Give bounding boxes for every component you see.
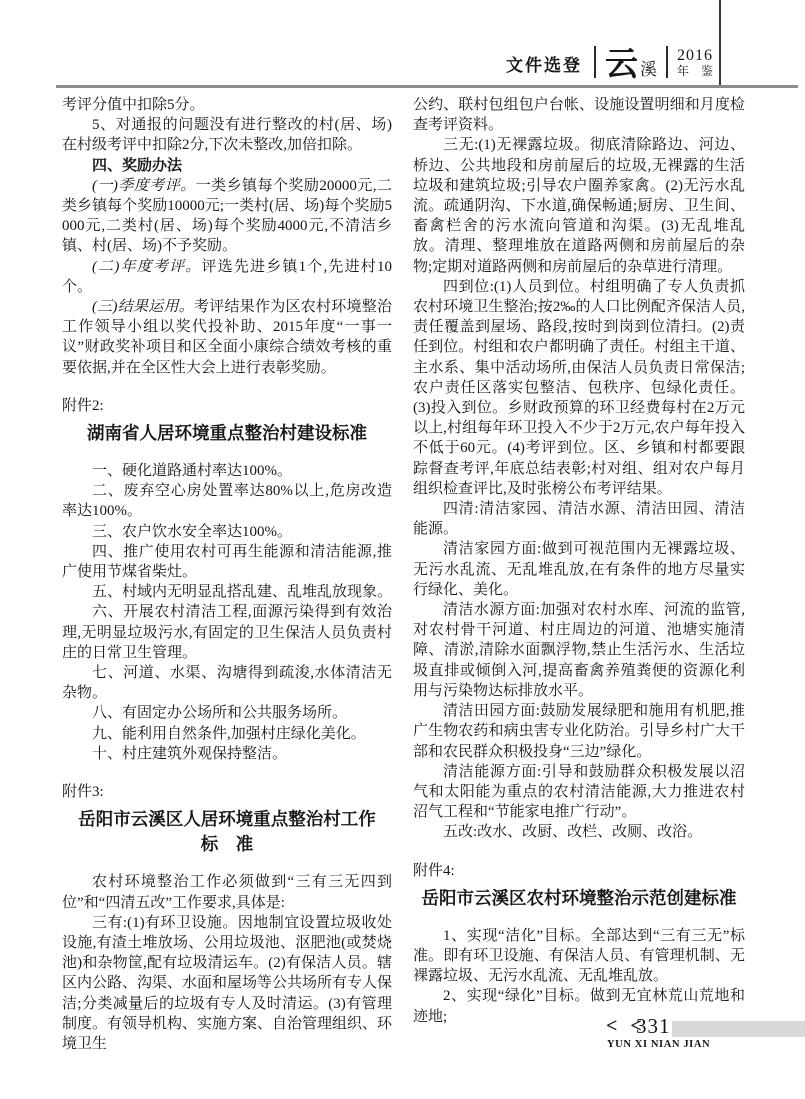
text-run: 1、实现“洁化”目标。全部达到“三有三无”标准。即有环卫设施、有保洁人员、有管理… <box>413 928 745 984</box>
header-divider <box>594 46 596 78</box>
kai-lead-in: (一)季度考评。 <box>92 178 196 194</box>
paragraph: 清洁能源方面:引导和鼓励群众积极发展以沼气和太阳能为重点的农村清洁能源,大力推进… <box>413 762 745 823</box>
text-run: 清洁水源方面:加强对农村水库、河流的监管,对农村骨干河道、村庄周边的河道、池塘实… <box>413 602 745 699</box>
text-run: 四、推广使用农村可再生能源和清洁能源,推广使用节煤省柴灶。 <box>62 544 392 580</box>
text-run: 附件2: <box>62 398 104 414</box>
header-vertical-rule <box>719 0 721 85</box>
section-heading-line: 岳阳市云溪区人居环境重点整治村工作 <box>62 807 392 832</box>
kai-lead-in: (三)结果运用。 <box>92 299 194 315</box>
footer-romanized-title: YUN XI NIAN JIAN <box>607 1039 710 1050</box>
paragraph: 六、开展农村清洁工程,面源污染得到有效治理,无明显垃圾污水,有固定的卫生保洁人员… <box>62 602 392 663</box>
paragraph: 三有:(1)有环卫设施。因地制宜设置垃圾收处设施,有渣土堆放场、公用垃圾池、沤肥… <box>62 913 392 1054</box>
text-run: 四、奖励办法 <box>92 157 182 174</box>
section-heading: 湖南省人居环境重点整治村建设标准 <box>62 421 392 446</box>
text-run: 八、有固定办公场所和公共服务场所。 <box>92 705 347 721</box>
logo-sub-character: 溪 <box>640 60 657 79</box>
text-run: 四清:清洁家园、清洁水源、清洁田园、清洁能源。 <box>413 501 745 537</box>
text-run: 公约、联村包组包户台帐、设施设置明细和月度检查考评资料。 <box>413 97 745 133</box>
text-run: 四到位:(1)人员到位。村组明确了专人负责抓农村环境卫生整治;按2‰的人口比例配… <box>413 279 745 497</box>
text-run: 二、废弃空心房处置率达80%以上,危房改造率达100%。 <box>62 483 392 519</box>
text-run: 七、河道、水渠、沟塘得到疏浚,水体清洁无杂物。 <box>62 665 392 701</box>
logo-main-character: 云 <box>605 49 638 79</box>
paragraph: 1、实现“洁化”目标。全部达到“三有三无”标准。即有环卫设施、有保洁人员、有管理… <box>413 926 745 987</box>
header-horizontal-rule <box>56 85 798 88</box>
text-run: 考评分值中扣除5分。 <box>62 97 205 113</box>
text-run: 清洁家园方面:做到可视范围内无裸露垃圾、无污水乱流、无乱堆乱放,在有条件的地方尽… <box>413 541 745 597</box>
paragraph: (一)季度考评。一类乡镇每个奖励20000元,二类乡镇每个奖励10000元;一类… <box>62 176 392 257</box>
text-run: 九、能利用自然条件,加强村庄绿化美化。 <box>92 726 366 742</box>
text-run: 农村环境整治工作必须做到“三有三无四到位”和“四清五改”工作要求,具体是: <box>62 874 392 910</box>
kai-lead-in: (二)年度考评。 <box>92 259 202 275</box>
section-heading: 岳阳市云溪区人居环境重点整治村工作标 准 <box>62 807 392 857</box>
paragraph: 四清:清洁家园、清洁水源、清洁田园、清洁能源。 <box>413 499 745 539</box>
text-run: 2、实现“绿化”目标。做到无宜林荒山荒地和迹地; <box>413 988 745 1024</box>
year-block: 2016 年 鉴 <box>677 47 713 79</box>
text-run: 清洁能源方面:引导和鼓励群众积极发展以沼气和太阳能为重点的农村清洁能源,大力推进… <box>413 764 745 820</box>
section-heading-line: 湖南省人居环境重点整治村建设标准 <box>62 421 392 446</box>
text-run: 附件3: <box>62 784 104 800</box>
paragraph: 5、对通报的问题没有进行整改的村(居、场)在村级考评中扣除2分,下次未整改,加倍… <box>62 115 392 155</box>
text-run: 三有:(1)有环卫设施。因地制宜设置垃圾收处设施,有渣土堆放场、公用垃圾池、沤肥… <box>62 915 392 1052</box>
paragraph: 五改:改水、改厨、改栏、改厕、改浴。 <box>413 822 745 842</box>
header-section-label: 文件选登 <box>506 51 582 79</box>
left-column: 考评分值中扣除5分。5、对通报的问题没有进行整改的村(居、场)在村级考评中扣除2… <box>62 95 392 1054</box>
attachment-label: 附件3: <box>62 782 392 802</box>
paragraph: (三)结果运用。考评结果作为区农村环境整治工作领导小组以奖代投补助、2015年度… <box>62 297 392 378</box>
paragraph: 清洁田园方面:鼓励发展绿肥和施用有机肥,推广生物农药和病虫害专业化防治。引导乡村… <box>413 701 745 762</box>
footer-bar <box>672 1021 805 1037</box>
yearbook-logo: 云 溪 <box>605 49 657 79</box>
paragraph: 五、村域内无明显乱搭乱建、乱堆乱放现象。 <box>62 582 392 602</box>
year-number: 2016 <box>677 47 713 64</box>
text-run: 5、对通报的问题没有进行整改的村(居、场)在村级考评中扣除2分,下次未整改,加倍… <box>62 117 392 153</box>
paragraph: 八、有固定办公场所和公共服务场所。 <box>62 703 392 723</box>
text-run: 五改:改水、改厨、改栏、改厕、改浴。 <box>443 824 702 840</box>
paragraph: 四、推广使用农村可再生能源和清洁能源,推广使用节煤省柴灶。 <box>62 542 392 582</box>
section-heading-line: 岳阳市云溪区农村环境整治示范创建标准 <box>413 886 745 911</box>
text-run: 三无:(1)无裸露垃圾。彻底清除路边、河边、桥边、公共地段和房前屋后的垃圾,无裸… <box>413 137 745 274</box>
paragraph: 清洁家园方面:做到可视范围内无裸露垃圾、无污水乱流、无乱堆乱放,在有条件的地方尽… <box>413 539 745 600</box>
text-run: 六、开展农村清洁工程,面源污染得到有效治理,无明显垃圾污水,有固定的卫生保洁人员… <box>62 604 392 660</box>
header-divider <box>666 46 668 78</box>
paragraph: 四、奖励办法 <box>62 156 392 176</box>
text-run: 附件4: <box>413 863 455 879</box>
text-run: 一、硬化道路通村率达100%。 <box>92 463 292 479</box>
text-run: 清洁田园方面:鼓励发展绿肥和施用有机肥,推广生物农药和病虫害专业化防治。引导乡村… <box>413 703 745 759</box>
section-heading-line: 标 准 <box>62 832 392 857</box>
paragraph: 考评分值中扣除5分。 <box>62 95 392 115</box>
paragraph: 九、能利用自然条件,加强村庄绿化美化。 <box>62 724 392 744</box>
page-header: 文件选登 云 溪 2016 年 鉴 <box>506 0 713 84</box>
section-heading: 岳阳市云溪区农村环境整治示范创建标准 <box>413 886 745 911</box>
text-run: 五、村域内无明显乱搭乱建、乱堆乱放现象。 <box>92 584 392 600</box>
attachment-label: 附件4: <box>413 861 745 881</box>
page-number: 331 <box>636 1014 671 1039</box>
year-label: 年 鉴 <box>677 64 713 78</box>
attachment-label: 附件2: <box>62 396 392 416</box>
paragraph: 二、废弃空心房处置率达80%以上,危房改造率达100%。 <box>62 481 392 521</box>
paragraph: 三无:(1)无裸露垃圾。彻底清除路边、河边、桥边、公共地段和房前屋后的垃圾,无裸… <box>413 135 745 276</box>
paragraph: 七、河道、水渠、沟塘得到疏浚,水体清洁无杂物。 <box>62 663 392 703</box>
paragraph: 三、农户饮水安全率达100%。 <box>62 522 392 542</box>
paragraph: 公约、联村包组包户台帐、设施设置明细和月度检查考评资料。 <box>413 95 745 135</box>
text-run: 十、村庄建筑外观保持整洁。 <box>92 746 287 762</box>
paragraph: 清洁水源方面:加强对农村水库、河流的监管,对农村骨干河道、村庄周边的河道、池塘实… <box>413 600 745 701</box>
paragraph: 农村环境整治工作必须做到“三有三无四到位”和“四清五改”工作要求,具体是: <box>62 872 392 912</box>
paragraph: 一、硬化道路通村率达100%。 <box>62 461 392 481</box>
paragraph: 四到位:(1)人员到位。村组明确了专人负责抓农村环境卫生整治;按2‰的人口比例配… <box>413 277 745 499</box>
right-column: 公约、联村包组包户台帐、设施设置明细和月度检查考评资料。三无:(1)无裸露垃圾。… <box>413 95 745 1027</box>
text-run: 三、农户饮水安全率达100%。 <box>92 524 292 540</box>
paragraph: 十、村庄建筑外观保持整洁。 <box>62 744 392 764</box>
paragraph: (二)年度考评。评选先进乡镇1个,先进村10个。 <box>62 257 392 297</box>
